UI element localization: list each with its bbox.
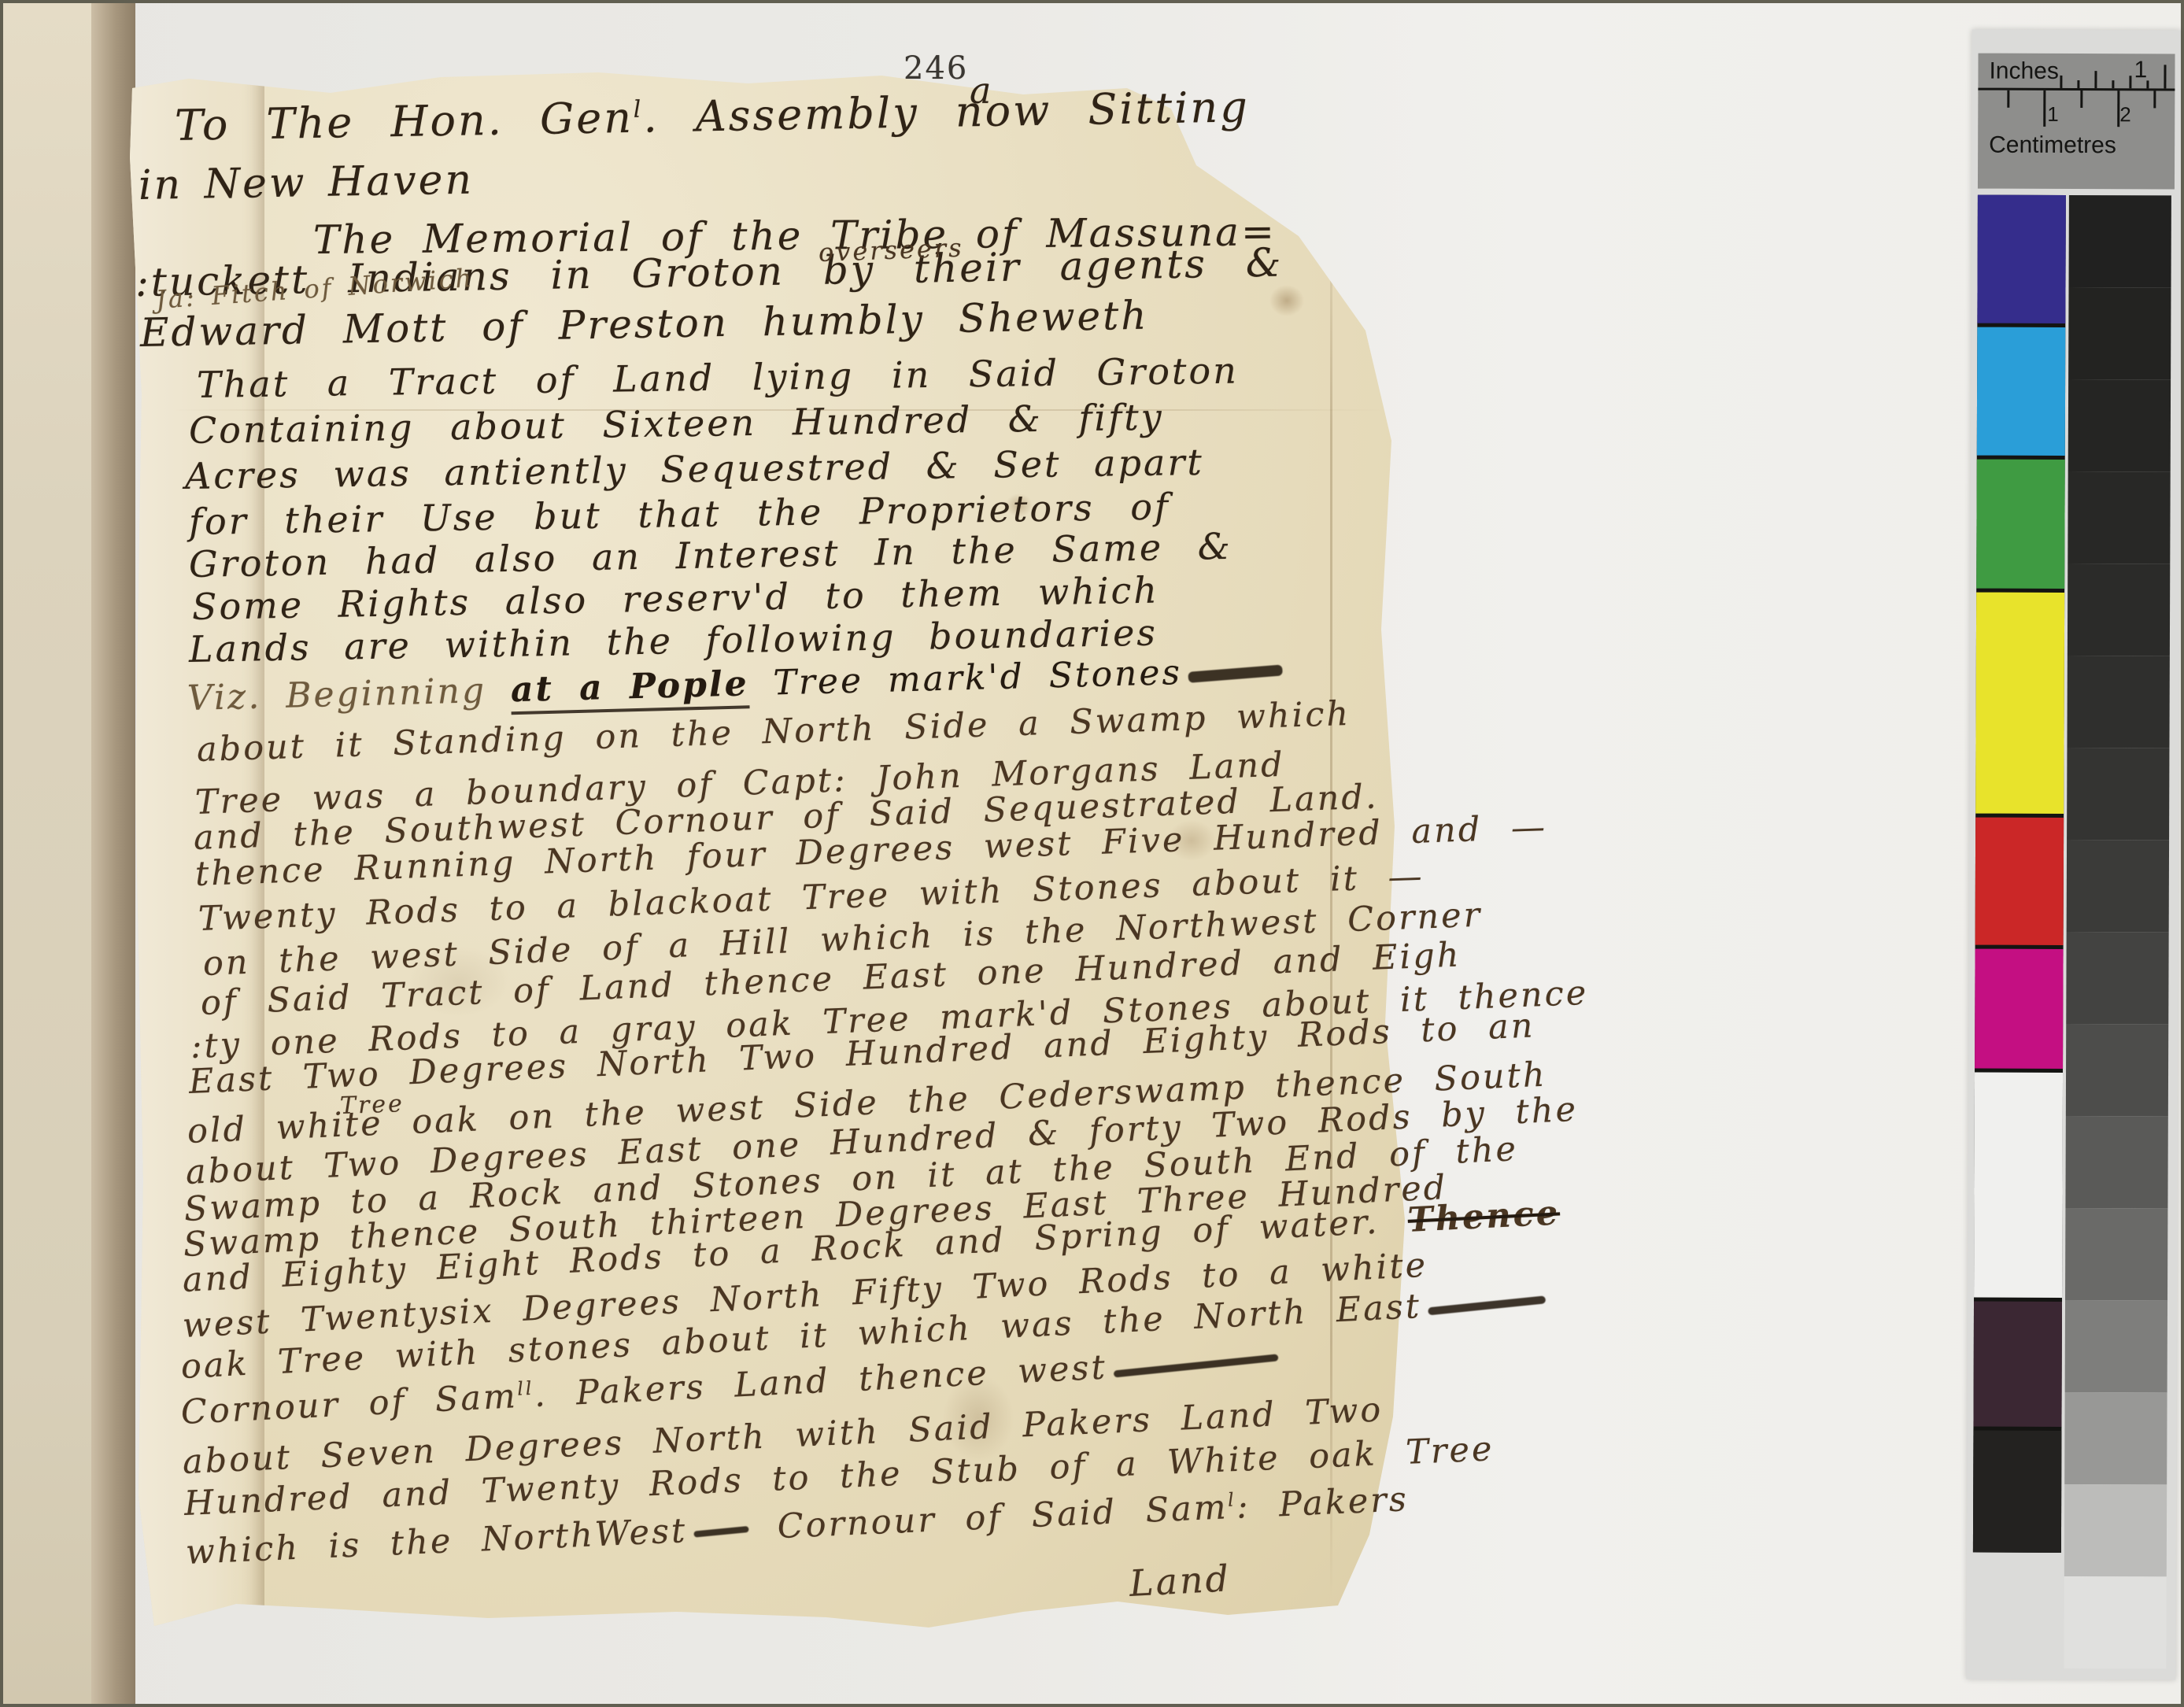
color-patch-cyan: [1977, 327, 2066, 456]
manuscript-text-layer: To The Hon. Genl. Assembly now Sitting24…: [0, 0, 2184, 1707]
ink-smear: [693, 1526, 748, 1538]
ruler-inches-label: Inches: [1989, 58, 2059, 85]
manuscript-text: Viz.: [187, 676, 286, 719]
inch-tick: [2077, 80, 2079, 88]
gray-step: [2065, 1116, 2167, 1208]
manuscript-line: To The Hon. Genl. Assembly now Sitting: [174, 82, 1250, 150]
inch-tick: [2112, 80, 2114, 88]
manuscript-text: Beginning: [286, 670, 512, 715]
color-patch-white: [1974, 1073, 2063, 1298]
ruler-inch-number: 1: [2134, 57, 2147, 83]
manuscript-line: 246: [904, 50, 968, 87]
manuscript-line: Tree: [339, 1090, 405, 1120]
grayscale-column: [2064, 195, 2171, 1668]
color-patch-column: [1973, 195, 2066, 1553]
manuscript-line: overseers: [818, 233, 964, 268]
manuscript-text: Tree mark'd Stones: [748, 652, 1183, 704]
manuscript-text: overseers: [818, 233, 964, 268]
manuscript-text: Land: [1129, 1557, 1232, 1605]
color-patch-yellow: [1975, 593, 2064, 814]
cm-tick: [2080, 91, 2082, 108]
gray-step: [2069, 195, 2171, 287]
manuscript-text: Tree: [339, 1090, 405, 1120]
ruler-centimetres-label: Centimetres: [1989, 132, 2116, 160]
gray-step: [2066, 932, 2168, 1024]
gray-step: [2064, 1576, 2166, 1668]
manuscript-text: . Assembly now Sitting: [643, 82, 1250, 142]
manuscript-text: Cornour of Sam: [180, 1376, 519, 1432]
manuscript-text: in New Haven: [138, 157, 474, 209]
cm-tick: [2007, 91, 2009, 108]
gray-step: [2066, 1024, 2168, 1116]
color-patch-indigo: [1977, 195, 2066, 323]
manuscript-text: ll: [517, 1377, 534, 1400]
color-patch-black: [1973, 1431, 2062, 1553]
gray-step: [2064, 1392, 2167, 1484]
gray-step: [2064, 1484, 2167, 1576]
gray-step: [2065, 1300, 2167, 1392]
manuscript-text: : Pakers: [1236, 1480, 1410, 1527]
gray-step: [2067, 656, 2169, 748]
color-patch-plum: [1973, 1302, 2062, 1427]
manuscript-text: at a Pople: [510, 663, 749, 715]
ink-smear: [1114, 1354, 1279, 1377]
manuscript-text: l: [633, 96, 643, 124]
inch-tick: [2146, 80, 2149, 88]
manuscript-line: in New Haven: [138, 157, 474, 209]
manuscript-text: To The Hon. Gen: [174, 93, 634, 150]
gray-step: [2068, 563, 2170, 656]
manuscript-line: a: [970, 69, 993, 112]
manuscript-text: 246: [904, 50, 968, 87]
manuscript-line: Land: [1129, 1557, 1232, 1605]
ink-smear: [1428, 1295, 1546, 1315]
ruler: Inches 1 1 2 Centimetres: [1978, 54, 2175, 190]
color-patch-green: [1976, 460, 2065, 589]
inch-tick: [2129, 76, 2131, 88]
ruler-cm-number: 1: [2047, 102, 2059, 127]
inch-tick: [2094, 71, 2097, 88]
color-patch-red: [1975, 818, 2064, 945]
color-calibration-target: Inches 1 1 2 Centimetres: [1966, 30, 2181, 1680]
ruler-cm-number: 2: [2119, 102, 2131, 127]
manuscript-text: a: [970, 69, 993, 112]
photo-canvas: To The Hon. Genl. Assembly now Sitting24…: [0, 0, 2184, 1707]
ink-smear: [1188, 664, 1284, 682]
manuscript-text: Thence: [1407, 1193, 1561, 1240]
color-patch-magenta: [1975, 949, 2064, 1069]
inch-tick: [2164, 65, 2166, 88]
cm-tick: [2153, 91, 2156, 108]
gray-step: [2068, 379, 2171, 471]
gray-step: [2065, 1208, 2167, 1300]
gray-step: [2068, 471, 2170, 563]
gray-step: [2067, 748, 2169, 840]
gray-step: [2067, 840, 2169, 932]
gray-step: [2068, 287, 2171, 379]
ruler-ticks: [1979, 54, 2175, 54]
inch-tick: [2060, 76, 2062, 88]
cm-tick: [2043, 91, 2045, 127]
